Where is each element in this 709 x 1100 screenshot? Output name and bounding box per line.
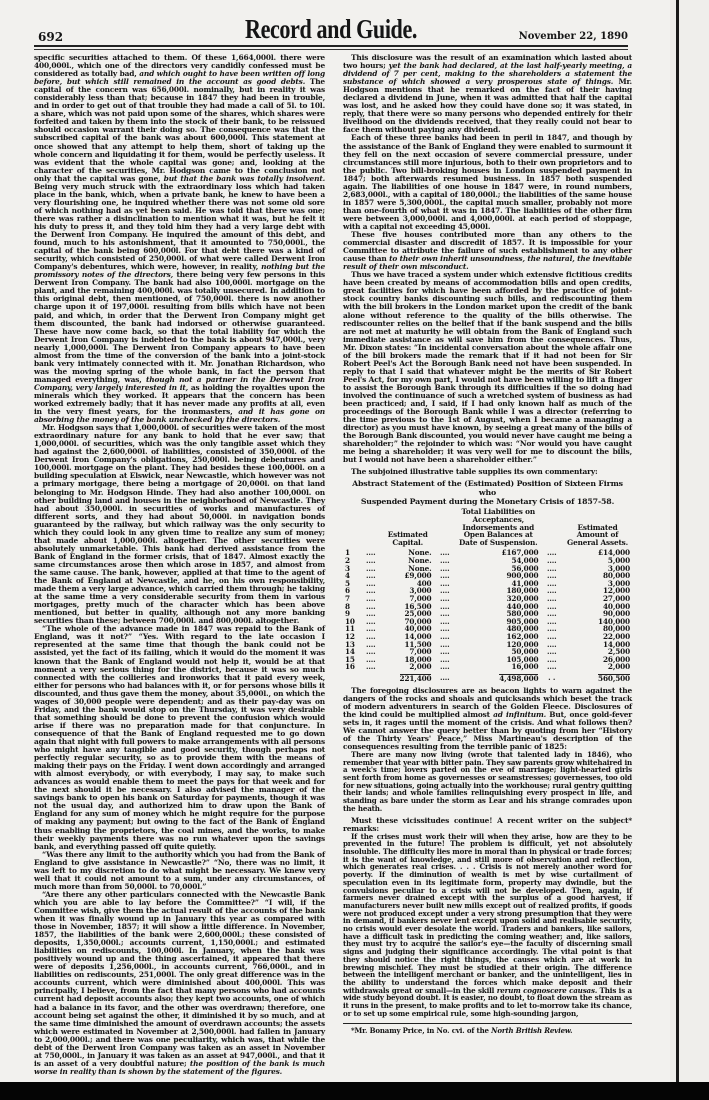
paragraph: “Are there any other particulars connect… bbox=[34, 891, 325, 1076]
firms-table: Estimated Capital. Total Liabilities on … bbox=[343, 508, 632, 682]
paragraph: These five houses contributed more than … bbox=[343, 231, 632, 271]
blank bbox=[343, 671, 359, 683]
leader-dots: .... bbox=[359, 663, 382, 671]
page-number: 692 bbox=[38, 30, 63, 44]
footnote: *Mr. Bonamy Price, in No. cvi. of the No… bbox=[343, 1027, 632, 1035]
right-column: This disclosure was the result of an exa… bbox=[343, 54, 632, 1035]
paragraph: “Was there any limit to the authority wh… bbox=[34, 851, 325, 891]
table-row: 8....16,500....440,000....40,000 bbox=[343, 603, 632, 611]
header-rule bbox=[34, 45, 628, 47]
leader-dots: .... bbox=[433, 671, 456, 683]
table-row: 15....18,000....105,000....26,000 bbox=[343, 656, 632, 664]
table-row: 9....25,000....580,000....90,000 bbox=[343, 610, 632, 618]
leader-dots: . . bbox=[540, 671, 563, 683]
paragraph: The subjoined illustrative table supplie… bbox=[343, 468, 632, 476]
table-row: 4....£9,000....900,000....80,000 bbox=[343, 572, 632, 580]
table-row: 14....7,000....50,000....2,500 bbox=[343, 648, 632, 656]
leader-dots: .... bbox=[433, 663, 456, 671]
paragraph: Thus we have traced a system under which… bbox=[343, 271, 632, 464]
liabilities-cell: 16,000 bbox=[456, 663, 540, 671]
table-row: 5....400....41,000....3,000 bbox=[343, 580, 632, 588]
table-row: 10....70,000....905,000....140,000 bbox=[343, 618, 632, 626]
column-header-capital: Estimated Capital. bbox=[382, 508, 433, 549]
masthead-title: Record and Guide. bbox=[87, 14, 574, 45]
scan-border bbox=[0, 1082, 709, 1100]
page-header: 692 Record and Guide. November 22, 1890 bbox=[34, 14, 628, 44]
table-row: 2....None.....54,000....5,000 bbox=[343, 557, 632, 565]
capital-cell: 2,000 bbox=[382, 663, 433, 671]
table-row: 13....11,500....120,000....14,000 bbox=[343, 641, 632, 649]
leader-dots: .... bbox=[540, 663, 563, 671]
paragraph: The foregoing disclosures are as beacon … bbox=[343, 687, 632, 751]
table-row: 6....3,000....180,000....12,000 bbox=[343, 587, 632, 595]
issue-date: November 22, 1890 bbox=[519, 31, 628, 42]
table-row: 16....2,000....16,000....2,000 bbox=[343, 663, 632, 671]
header-rule-thin bbox=[34, 49, 628, 50]
total-capital: 221,400 bbox=[382, 671, 433, 683]
table-row: 11....40,000....480,000....80,000 bbox=[343, 625, 632, 633]
block-quote: There are many now living (wrote that ta… bbox=[343, 751, 632, 813]
left-column: specific securities attached to them. Of… bbox=[34, 54, 325, 1076]
total-liabilities: 4,498,000 bbox=[456, 671, 540, 683]
total-assets: 560,500 bbox=[563, 671, 632, 683]
column-header-assets: Estimated Amount of General Assets. bbox=[563, 508, 632, 549]
table-row: 12....14,000....162,000....22,000 bbox=[343, 633, 632, 641]
table-total-row: 221,400....4,498,000. .560,500 bbox=[343, 671, 632, 683]
binding-rule bbox=[676, 0, 679, 1082]
paragraph: specific securities attached to them. Of… bbox=[34, 54, 325, 424]
row-number: 16 bbox=[343, 663, 359, 671]
table-row: 7....7,000....320,000....27,000 bbox=[343, 595, 632, 603]
blank bbox=[359, 671, 382, 683]
column-header-liabilities: Total Liabilities on Acceptances, Indors… bbox=[456, 508, 540, 549]
table-title: Abstract Statement of the (Estimated) Po… bbox=[343, 479, 632, 506]
assets-cell: 2,000 bbox=[563, 663, 632, 671]
block-quote: If the crises must work their will when … bbox=[343, 833, 632, 1018]
table-row: 1....None.....£167,000....£14,000 bbox=[343, 549, 632, 557]
paragraph: This disclosure was the result of an exa… bbox=[343, 54, 632, 134]
table-row: 3....None.....56,000....3,000 bbox=[343, 565, 632, 573]
paragraph: Mr. Hodgson says that 1,000,000l. of sec… bbox=[34, 424, 325, 625]
paragraph: Must these vicissitudes continue! A rece… bbox=[343, 817, 632, 833]
footnote-rule bbox=[343, 1023, 632, 1024]
paragraph: Each of these three banks had been in pe… bbox=[343, 134, 632, 231]
paragraph: “The whole of the advance made in 1847 w… bbox=[34, 625, 325, 850]
